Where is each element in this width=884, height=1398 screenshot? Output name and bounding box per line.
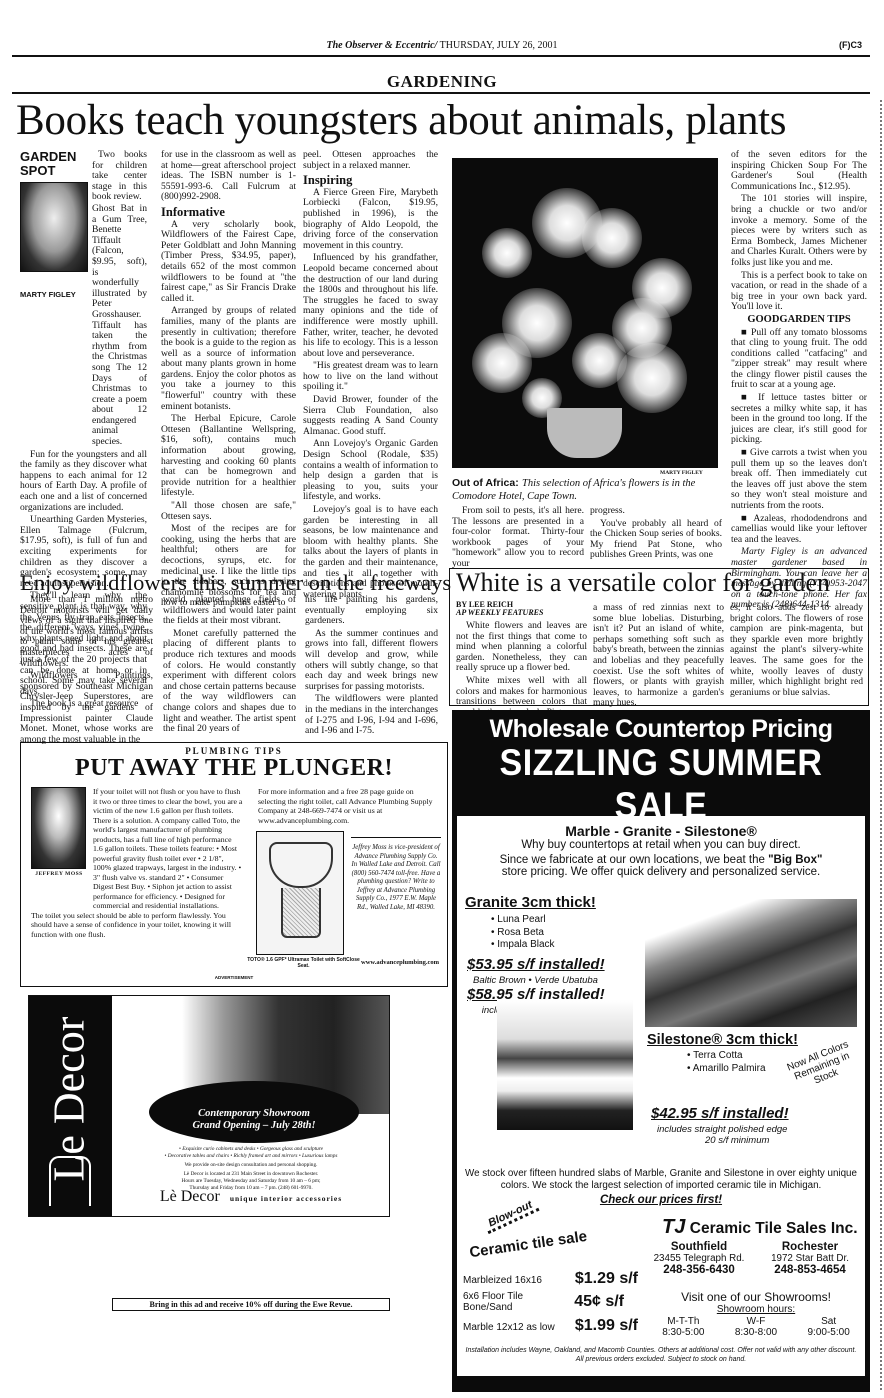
kitchen-photo-1 [645,899,857,1027]
countertop-title: Marble - Granite - Silestone® [457,823,865,839]
granite-color: • Impala Black [491,939,637,952]
ghost-bat-paragraph: Ghost Bat in a Gum Tree, Benette Tiffaul… [20,204,147,448]
le-decor-details: • Exquisite curio cabinets and desks • G… [113,1146,389,1192]
paper-name: The Observer & Eccentric/ [327,40,438,51]
article3-col2: a mass of red zinnias next to some blue … [593,603,724,724]
le-decor-brand: Lè Decor [160,1188,220,1205]
location-address: 23455 Telegraph Rd. [647,1253,751,1264]
column-name: GARDEN SPOT [20,150,90,178]
silestone-price: $42.95 s/f installed! [651,1105,862,1122]
kitchen-photo-2 [497,1000,633,1130]
peel-paragraph: peel. Ottesen approaches the subject in … [303,150,438,171]
article1-col1-wrap: Two books for children take center stage… [92,150,147,205]
location-line: Lè Decor is located at 231 Main Street i… [113,1171,389,1178]
countertop-line-1: Why buy countertops at retail when you c… [457,839,865,851]
stories-paragraph: The 101 stories will inspire, bring a ch… [731,194,867,268]
summer-paragraph: As the summer continues and grows into f… [305,629,438,693]
article1-col4: From soil to pests, it's all here. The l… [452,506,584,572]
motorists-paragraph: More than 1 million metro Detroit motori… [20,595,153,669]
wildflowers-paragraph: A very scholarly book, Wildflowers of th… [161,220,296,305]
headline-wildflowers: Enjoy wildflowers this summer on the fre… [20,570,451,596]
tip-3: ■ Give carrots a twist when you pull the… [731,448,867,512]
progress-paragraph: progress. [590,506,722,517]
fierce-paragraph: A Fierce Green Fire, Marybeth Lorbiecki … [303,188,438,252]
tile-sale-title: Ceramic tile sale [468,1228,588,1261]
editors-paragraph: of the seven editors for the inspiring C… [731,150,867,192]
influenced-paragraph: Influenced by his grandfather, Leopold b… [303,253,438,359]
toilet-caption: TOTO® 1.6 GPF* Ultramax Toilet with Soft… [241,957,366,969]
caption-lead: Out of Africa: [452,477,519,489]
plumbing-body-1: If your toilet will not flush or you hav… [31,787,243,911]
photo-credit: MARTY FIGLEY [660,470,703,476]
tile-item-price: $1.29 s/f [575,1270,638,1288]
monet-paragraph: Monet carefully patterned the placing of… [163,629,296,735]
tile-item: Marbleized 16x16 $1.29 s/f [463,1270,638,1287]
plumbing-info: For more information and a free 28 page … [258,787,438,825]
brower-paragraph: David Brower, founder of the Sierra Club… [303,395,438,437]
quote-paragraph: "All those chosen are safe," Ottesen say… [161,501,296,522]
masthead: The Observer & Eccentric/ THURSDAY, JULY… [0,40,884,54]
showroom-hours-label: Showroom hours: [647,1304,865,1315]
toilet-image [256,831,344,955]
soil-paragraph: From soil to pests, it's all here. The l… [452,506,584,570]
headline-white: White is a versatile color for garden [456,568,830,598]
gardens-paragraph: his life painting his gardens, eventuall… [305,595,438,627]
hours-col: W-F8:30-8:00 [735,1316,777,1338]
granite-heading: Granite 3cm thick! [465,894,637,911]
section-rule [12,92,870,94]
company-header: TJ Ceramic Tile Sales Inc. [662,1216,858,1239]
big-box-text: "Big Box" [768,854,822,866]
byline-agency: AP WEEKLY FEATURES [456,609,543,617]
granite-colors-2: Baltic Brown • Verde Ubatuba [473,975,637,986]
arranged-paragraph: Arranged by groups of related families, … [161,306,296,412]
article2-col2: world, planted huge fields of wildflower… [163,595,296,737]
vacation-paragraph: This is a perfect book to take on vacati… [731,271,867,313]
subhead-informative: Informative [161,207,296,218]
tile-item-name: 6x6 Floor Tile Bone/Sand [463,1291,543,1313]
chicken-soup-paragraph: You've probably all heard of the Chicken… [590,519,722,561]
granite-color: • Luna Pearl [491,914,637,927]
tagline-line-1: Contemporary Showroom [149,1108,359,1120]
tile-item-name: Marble 12x12 as low [463,1322,555,1333]
article3-col1: White flowers and leaves are not the fir… [456,621,587,720]
stock-text: We stock over fifteen hundred slabs of M… [463,1168,859,1192]
dream-paragraph: "His greatest dream was to learn how to … [303,361,438,393]
page-number: (F)C3 [839,40,862,50]
tj-logo-icon: TJ [662,1216,685,1238]
silestone-note-2: 20 s/f minimum [705,1135,862,1146]
service-line: We provide on-site design consultation a… [113,1162,389,1169]
location-city: Southfield [647,1241,751,1253]
photo-caption: Out of Africa: This selection of Africa'… [452,477,724,503]
location-city: Rochester [755,1241,865,1253]
article1-col3: peel. Ottesen approaches the subject in … [303,150,438,602]
herbal-paragraph: The Herbal Epicure, Carole Ottesen (Ball… [161,414,296,499]
le-decor-side-bar: Le Decor [29,996,112,1216]
plumbing-url[interactable]: www.advanceplumbing.com [361,959,439,966]
fun-paragraph: Fun for the youngsters and all the famil… [20,450,147,514]
byline: BY LEE REICH AP WEEKLY FEATURES [456,601,543,617]
tile-items: Marbleized 16x16 $1.29 s/f 6x6 Floor Til… [463,1270,638,1337]
showroom-hours: M-T-Th8:30-5:00 W-F8:30-8:00 Sat9:00-5:0… [647,1316,865,1338]
page-edge [880,100,882,1390]
article2-col1: More than 1 million metro Detroit motori… [20,595,153,747]
intro-paragraph: Two books for children take center stage… [92,150,147,203]
article3-col3: es, it also adds zest to already bright … [730,603,863,700]
tip-4: ■ Azaleas, rhododendrons and camellias w… [731,514,867,546]
classroom-paragraph: for use in the classroom as well as at h… [161,150,296,203]
tagline-line-2: Grand Opening – July 28th! [149,1120,359,1132]
granite-color: • Rosa Beta [491,927,637,940]
line-2-text: Since we fabricate at our own locations,… [500,854,769,866]
visit-showrooms: Visit one of our Showrooms! [647,1290,865,1304]
tile-item-price: 45¢ s/f [574,1293,624,1311]
features-2: • Decorative tables and chairs • Richly … [113,1153,389,1160]
article2-col3: his life painting his gardens, eventuall… [305,595,438,739]
article1-col6: of the seven editors for the inspiring C… [731,150,867,613]
countertop-line-2: Since we fabricate at our own locations,… [457,854,865,866]
hours-col: M-T-Th8:30-5:00 [662,1316,704,1338]
tip-2: ■ If lettuce tastes bitter or secretes a… [731,393,867,446]
issue-date: THURSDAY, JULY 26, 2001 [440,40,558,51]
plumbing-ad: PLUMBING TIPS PUT AWAY THE PLUNGER! JEFF… [20,742,448,987]
countertop-inner: Marble - Granite - Silestone® Why buy co… [457,816,865,1376]
banner-wholesale: Wholesale Countertop Pricing [452,715,870,744]
silestone-note-1: includes straight polished edge [657,1124,862,1135]
headline-books: Books teach youngsters about animals, pl… [16,96,786,145]
hours-col: Sat9:00-5:00 [808,1316,850,1338]
tip-1: ■ Pull off any tomato blossoms that clin… [731,328,867,392]
company-name: Ceramic Tile Sales Inc. [690,1220,858,1237]
lovejoy-paragraph: Ann Lovejoy's Organic Garden Design Scho… [303,439,438,503]
zinnias-paragraph: a mass of red zinnias next to some blue … [593,603,724,709]
le-decor-brand-tagline: unique interior accessories [230,1194,342,1203]
world-paragraph: world, planted huge fields of wildflower… [163,595,296,627]
location-address: 1972 Star Batt Dr. [755,1253,865,1264]
countertop-ad: Wholesale Countertop Pricing SIZZLING SU… [452,710,870,1392]
features-1: • Exquisite curio cabinets and desks • G… [113,1146,389,1153]
tile-item-name: Marbleized 16x16 [463,1275,542,1286]
le-decor-coupon: Bring in this ad and receive 10% off dur… [112,1298,390,1311]
location-southfield: Southfield 23455 Telegraph Rd. 248-356-6… [647,1241,751,1276]
subhead-inspiring: Inspiring [303,175,438,186]
granite-price-1: $53.95 s/f installed! [467,956,637,973]
tips-heading: GOODGARDEN TIPS [731,315,867,326]
flowers-photo [452,158,718,468]
white-flowers-paragraph: White flowers and leaves are not the fir… [456,621,587,674]
tile-item: 6x6 Floor Tile Bone/Sand 45¢ s/f [463,1287,638,1317]
plumbing-body-2: The toilet you select should be able to … [31,911,243,940]
location-phone: 248-356-6430 [647,1264,751,1276]
advertisement-label: ADVERTISEMENT [21,975,447,980]
hours-line-1: Hours are Tuesday, Wednesday and Saturda… [113,1178,389,1185]
paintings-paragraph: Wildflowers Paintings, sponsored by Sout… [20,671,153,745]
article1-col2: for use in the classroom as well as at h… [161,150,296,611]
medians-paragraph: The wildflowers were planted in the medi… [305,694,438,736]
showroom-tagline: Contemporary Showroom Grand Opening – Ju… [149,1108,359,1132]
plumbing-body: If your toilet will not flush or you hav… [31,787,243,939]
countertop-line-3: store pricing. We offer quick delivery a… [457,866,865,878]
le-decor-ad: Le Decor Contemporary Showroom Grand Ope… [28,995,390,1217]
tile-item: Marble 12x12 as low $1.99 s/f [463,1317,638,1337]
le-decor-brand-row: Lè Decor unique interior accessories [113,1188,389,1206]
tile-item-price: $1.99 s/f [575,1317,638,1335]
silestone-section: Silestone® 3cm thick! • Terra Cotta • Am… [647,1032,862,1146]
section-label: GARDENING [0,72,884,92]
article1-col5: progress. You've probably all heard of t… [590,506,722,563]
granite-colors: • Luna Pearl • Rosa Beta • Impala Black [491,914,637,952]
countertop-disclaimer: Installation includes Wayne, Oakland, an… [465,1346,857,1364]
chair-icon [49,1156,91,1206]
masthead-rule [12,55,870,57]
location-rochester: Rochester 1972 Star Batt Dr. 248-853-465… [755,1241,865,1276]
moss-bio: Jeffrey Moss is vice-president of Advanc… [351,837,441,912]
zest-paragraph: es, it also adds zest to already bright … [730,603,863,698]
plumbing-headline: PUT AWAY THE PLUNGER! [21,755,447,782]
location-phone: 248-853-4654 [755,1264,865,1276]
